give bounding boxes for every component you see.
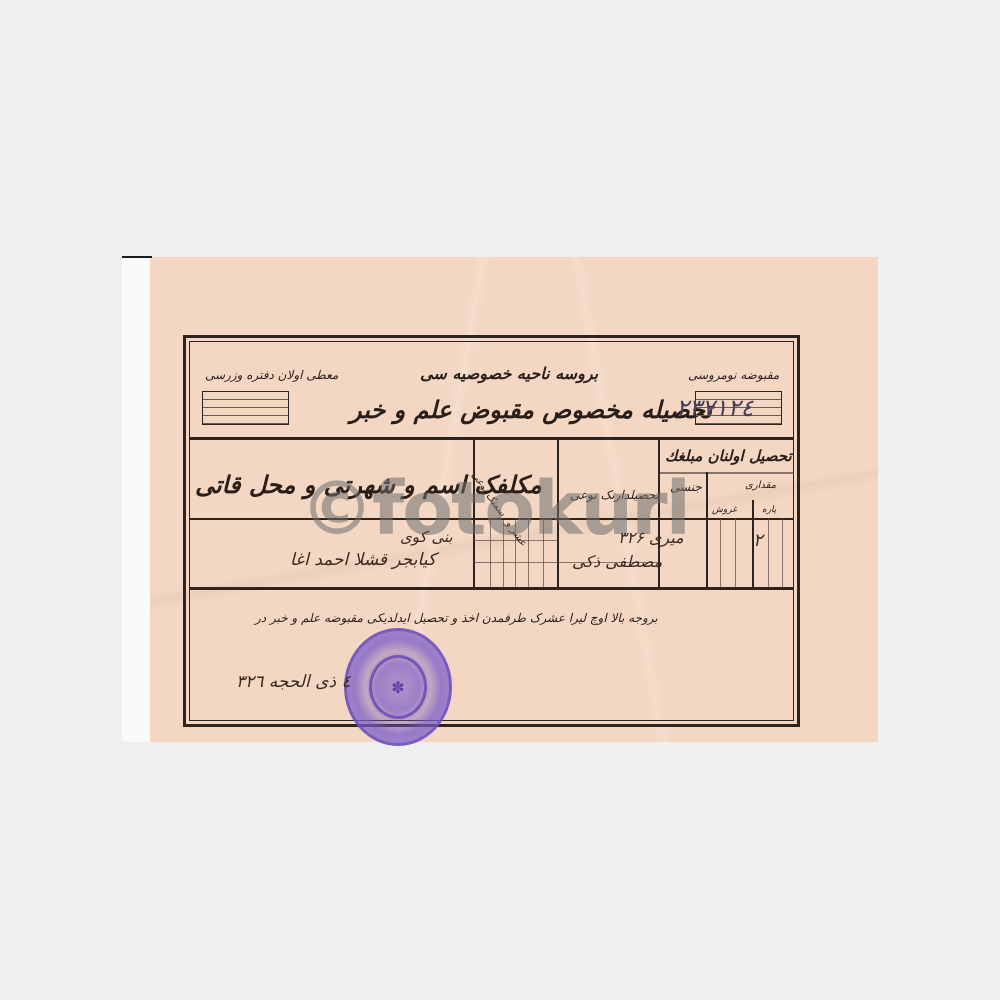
row-amount: ٢ (753, 530, 763, 551)
subheader-quantity: مقداری (745, 480, 776, 491)
row-collector: مصطفی ذکی (572, 552, 662, 571)
seal-emblem-icon: ✽ (369, 655, 427, 719)
serial-number: ٢٣٧١٢٤ (676, 394, 753, 422)
left-ledger-box (202, 391, 289, 425)
taxpayer-line-2: کیابجر قشلا احمد اغا (290, 550, 436, 570)
subheader-para: پاره (762, 505, 776, 515)
grid-line (720, 518, 721, 588)
header-top-title: بروسه ناحیه خصوصیه سی (420, 364, 598, 383)
table-row-bottom (189, 587, 794, 590)
header-main-title: تحصیله مخصوص مقبوض علم و خبر (350, 395, 712, 424)
row-kind: میری ۳۲۶ (618, 528, 684, 547)
footer-date: ٤ ذی الحجه ٣٢٦ (236, 672, 351, 692)
grid-line (782, 518, 783, 588)
left-box-label: معطی اولان دفتره وزرسی (205, 368, 338, 382)
subheader-kurus: غروش (712, 505, 737, 515)
official-seal: ✽ (344, 628, 452, 746)
footer-statement: بروجه بالا اوچ لیرا عشرک طرفمدن اخذ و تح… (255, 611, 658, 625)
right-box-label: مقبوضه نومروسی (688, 368, 779, 382)
scan-edge (122, 256, 152, 258)
grid-line (768, 518, 769, 588)
col-divider-4 (706, 472, 708, 588)
taxpayer-line-1: بنی کوی (400, 528, 453, 546)
table-top-line (189, 437, 794, 440)
grid-line (735, 518, 736, 588)
header-collected-amount: تحصیل اولنان مبلغك (665, 447, 792, 465)
